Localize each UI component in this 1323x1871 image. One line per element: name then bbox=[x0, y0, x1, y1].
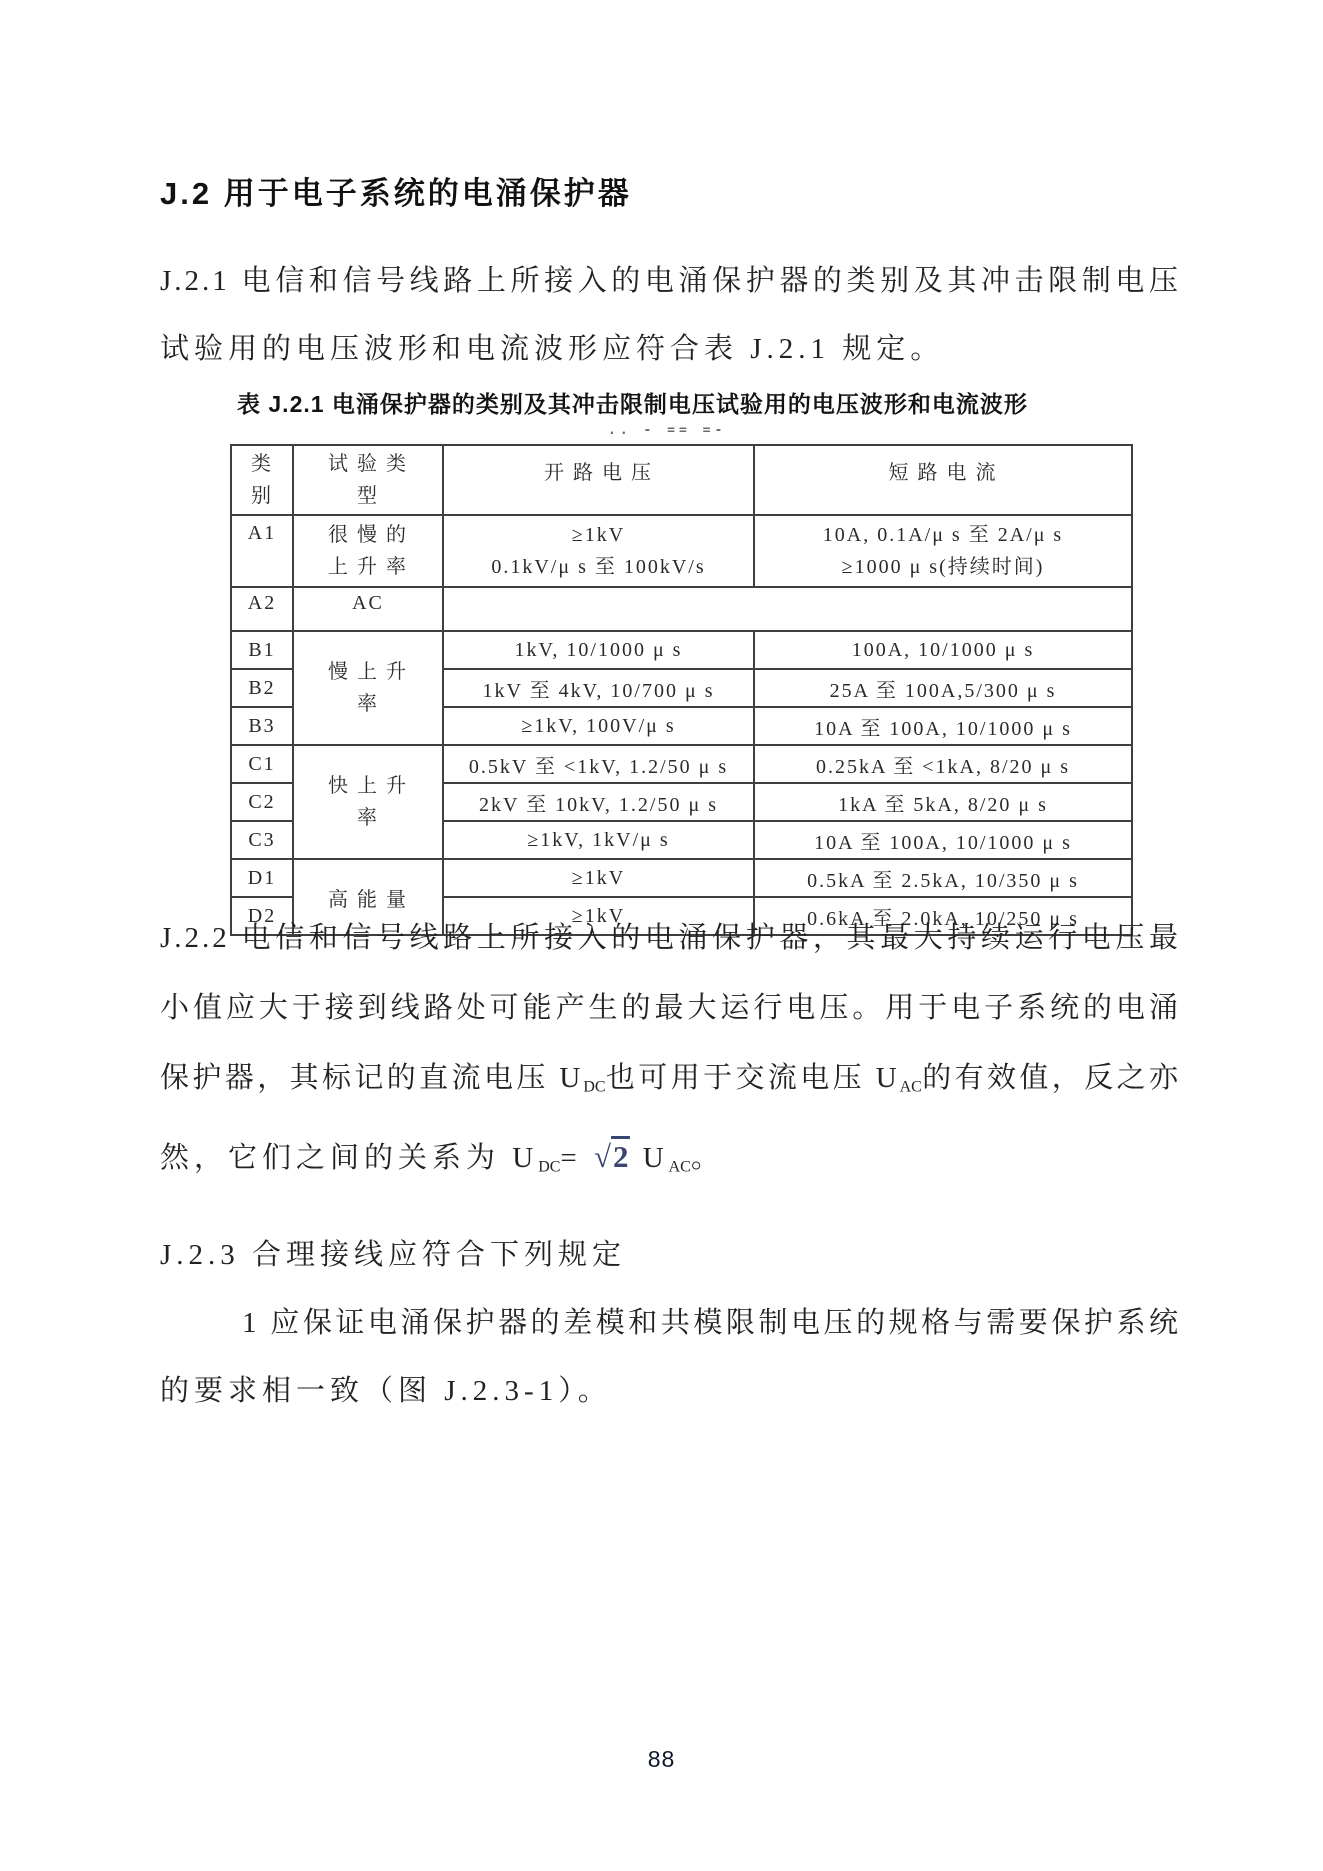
header-open-circuit-voltage: 开 路 电 压 bbox=[443, 445, 754, 515]
table-j21-title: 表 J.2.1 电涌保护器的类别及其冲击限制电压试验用的电压波形和电流波形 bbox=[237, 386, 1137, 419]
paragraph-j22-line4-formula: 然，它们之间的关系为 UDC= √2 UAC。 bbox=[160, 1135, 1181, 1176]
radicand-2: 2 bbox=[611, 1136, 631, 1174]
j22-line3-text3: 的有效值，反之亦 bbox=[922, 1062, 1181, 1094]
paragraph-j21-line1: J.2.1 电信和信号线路上所接入的电涌保护器的类别及其冲击限制电压 bbox=[160, 258, 1181, 299]
section-heading-j2: J.2 用于电子系统的电涌保护器 bbox=[160, 168, 1180, 213]
cell-c1-scc: 0.25kA 至 <1kA, 8/20 μ s bbox=[754, 745, 1132, 783]
cell-a1-scc-line1: 10A, 0.1A/μ s 至 2A/μ s bbox=[759, 519, 1127, 551]
cell-c3-scc: 10A 至 100A, 10/1000 μ s bbox=[754, 821, 1132, 859]
j22-line4-period: 。 bbox=[691, 1142, 725, 1174]
cell-c-type-line2: 率 bbox=[298, 802, 438, 834]
cell-d1-ocv: ≥1kV bbox=[443, 859, 754, 897]
cell-d1-scc: 0.5kA 至 2.5kA, 10/350 μ s bbox=[754, 859, 1132, 897]
cell-a1-type-line2: 上 升 率 bbox=[298, 551, 438, 583]
j22-line4-subscript-ac: AC bbox=[669, 1158, 691, 1175]
cell-c-group-type: 快 上 升 率 bbox=[293, 745, 443, 859]
cell-c1-ocv: 0.5kV 至 <1kV, 1.2/50 μ s bbox=[443, 745, 754, 783]
cell-b-group-type: 慢 上 升 率 bbox=[293, 631, 443, 745]
cell-b2-ocv: 1kV 至 4kV, 10/700 μ s bbox=[443, 669, 754, 707]
cell-b2-scc: 25A 至 100A,5/300 μ s bbox=[754, 669, 1132, 707]
cell-a1-id: A1 bbox=[231, 515, 293, 587]
cell-c2-id: C2 bbox=[231, 783, 293, 821]
table-row-b1: B1 慢 上 升 率 1kV, 10/1000 μ s 100A, 10/100… bbox=[231, 631, 1132, 669]
radical-sign: √ bbox=[594, 1139, 611, 1174]
header-test-type-line2: 型 bbox=[298, 480, 438, 512]
table-header-row: 类 别 试 验 类 型 开 路 电 压 短 路 电 流 bbox=[231, 445, 1132, 515]
cell-a1-scc-line2: ≥1000 μ s(持续时间) bbox=[759, 551, 1127, 583]
j22-line4-subscript-dc: DC bbox=[538, 1158, 560, 1175]
cell-b3-ocv: ≥1kV, 100V/μ s bbox=[443, 707, 754, 745]
j22-line3-text1: 保护器，其标记的直流电压 U bbox=[160, 1062, 583, 1094]
page-number: 88 bbox=[0, 1746, 1323, 1773]
cell-d1-id: D1 bbox=[231, 859, 293, 897]
paragraph-j23-heading: J.2.3 合理接线应符合下列规定 bbox=[160, 1232, 1181, 1273]
cell-c2-ocv: 2kV 至 10kV, 1.2/50 μ s bbox=[443, 783, 754, 821]
j22-line3-text2: 也可用于交流电压 U bbox=[606, 1062, 900, 1094]
paragraph-j23-item1-line1: 1 应保证电涌保护器的差模和共模限制电压的规格与需要保护系统 bbox=[160, 1300, 1181, 1341]
table-row-c1: C1 快 上 升 率 0.5kV 至 <1kV, 1.2/50 μ s 0.25… bbox=[231, 745, 1132, 783]
table-row-a1: A1 很 慢 的 上 升 率 ≥1kV 0.1kV/μ s 至 100kV/s … bbox=[231, 515, 1132, 587]
cell-a1-ocv: ≥1kV 0.1kV/μ s 至 100kV/s bbox=[443, 515, 754, 587]
cell-c3-id: C3 bbox=[231, 821, 293, 859]
cell-a1-ocv-line1: ≥1kV bbox=[448, 519, 749, 551]
table-row-a2: A2 AC bbox=[231, 587, 1132, 631]
header-category-line1: 类 bbox=[236, 448, 288, 480]
header-test-type-line1: 试 验 类 bbox=[298, 448, 438, 480]
j22-line4-text1: 然，它们之间的关系为 U bbox=[160, 1142, 538, 1174]
cell-b1-scc: 100A, 10/1000 μ s bbox=[754, 631, 1132, 669]
cell-a1-scc: 10A, 0.1A/μ s 至 2A/μ s ≥1000 μ s(持续时间) bbox=[754, 515, 1132, 587]
paragraph-j22-line1: J.2.2 电信和信号线路上所接入的电涌保护器，其最大持续运行电压最 bbox=[160, 915, 1181, 956]
cell-c3-ocv: ≥1kV, 1kV/μ s bbox=[443, 821, 754, 859]
cell-a1-ocv-line2: 0.1kV/μ s 至 100kV/s bbox=[448, 551, 749, 583]
paragraph-j22-line3: 保护器，其标记的直流电压 UDC也可用于交流电压 UAC的有效值，反之亦 bbox=[160, 1055, 1181, 1096]
cell-c-type-line1: 快 上 升 bbox=[298, 770, 438, 802]
document-page: J.2 用于电子系统的电涌保护器 J.2.1 电信和信号线路上所接入的电涌保护器… bbox=[0, 0, 1323, 1871]
cell-b3-scc: 10A 至 100A, 10/1000 μ s bbox=[754, 707, 1132, 745]
header-test-type: 试 验 类 型 bbox=[293, 445, 443, 515]
paragraph-j23-item1-line2: 的要求相一致（图 J.2.3-1）。 bbox=[160, 1368, 1181, 1409]
header-category: 类 别 bbox=[231, 445, 293, 515]
cell-b2-id: B2 bbox=[231, 669, 293, 707]
clipped-text-artifact: .. - == =- .. bbox=[608, 423, 758, 437]
cell-b1-ocv: 1kV, 10/1000 μ s bbox=[443, 631, 754, 669]
cell-b-type-line2: 率 bbox=[298, 688, 438, 720]
j22-line3-subscript-ac: AC bbox=[900, 1078, 922, 1095]
cell-a2-merged-empty bbox=[443, 587, 1132, 631]
equals-sign: = bbox=[560, 1142, 581, 1174]
header-category-line2: 别 bbox=[236, 480, 288, 512]
header-short-circuit-current: 短 路 电 流 bbox=[754, 445, 1132, 515]
paragraph-j21-line2: 试验用的电压波形和电流波形应符合表 J.2.1 规定。 bbox=[160, 326, 1181, 367]
cell-b-type-line1: 慢 上 升 bbox=[298, 656, 438, 688]
paragraph-j22-line2: 小值应大于接到线路处可能产生的最大运行电压。用于电子系统的电涌 bbox=[160, 985, 1181, 1026]
table-row-d1: D1 高 能 量 ≥1kV 0.5kA 至 2.5kA, 10/350 μ s bbox=[231, 859, 1132, 897]
cell-b1-id: B1 bbox=[231, 631, 293, 669]
cell-a2-id: A2 bbox=[231, 587, 293, 631]
table-j21: 类 别 试 验 类 型 开 路 电 压 短 路 电 流 A1 很 慢 的 上 升… bbox=[230, 444, 1133, 936]
cell-c1-id: C1 bbox=[231, 745, 293, 783]
cell-a2-type: AC bbox=[293, 587, 443, 631]
sqrt2-formula: √2 bbox=[594, 1136, 631, 1174]
j22-line3-subscript-dc: DC bbox=[583, 1078, 605, 1095]
j22-line4-text2: U bbox=[630, 1142, 668, 1174]
cell-a1-type: 很 慢 的 上 升 率 bbox=[293, 515, 443, 587]
cell-b3-id: B3 bbox=[231, 707, 293, 745]
cell-c2-scc: 1kA 至 5kA, 8/20 μ s bbox=[754, 783, 1132, 821]
cell-a1-type-line1: 很 慢 的 bbox=[298, 519, 438, 551]
